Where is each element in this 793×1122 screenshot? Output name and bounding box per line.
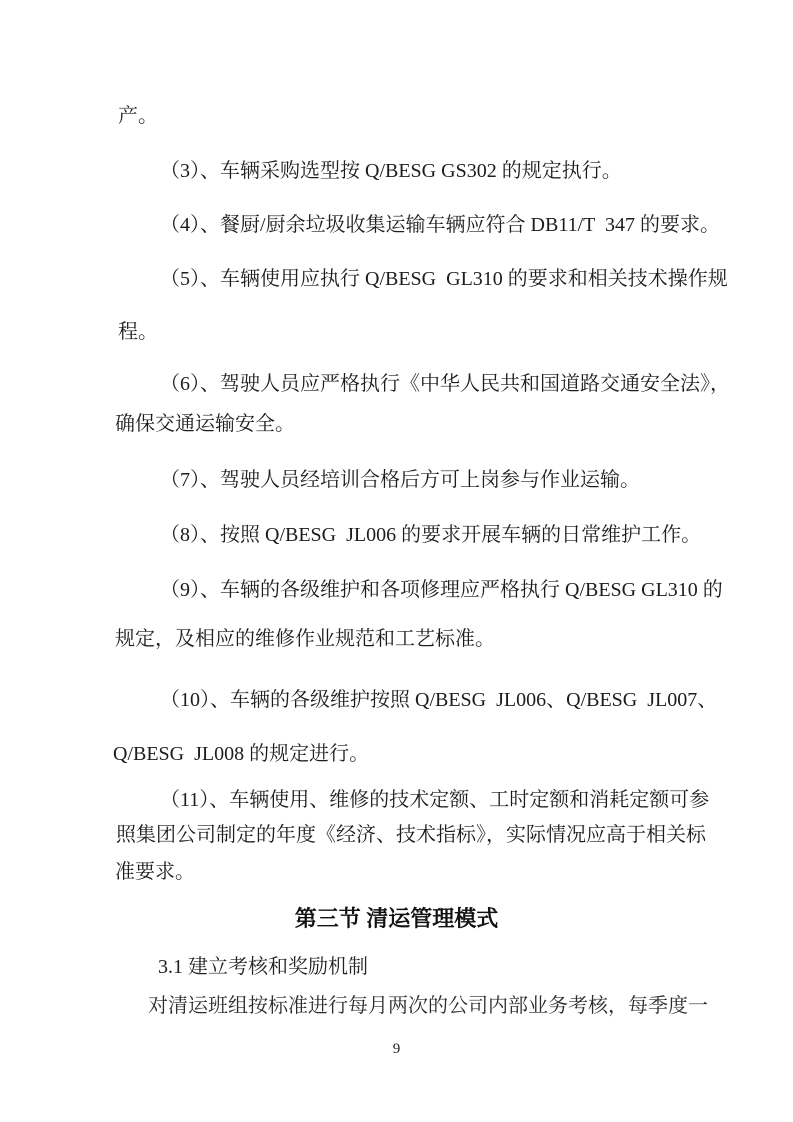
paragraph-line: Q/BESG JL008 的规定进行。 <box>113 742 369 766</box>
document-page: 产。 （3）、车辆采购选型按 Q/BESG GS302 的规定执行。 （4）、餐… <box>0 0 793 1122</box>
paragraph-line: 准要求。 <box>115 860 195 884</box>
paragraph-line: 确保交通运输安全。 <box>115 412 295 436</box>
paragraph-line: 程。 <box>118 320 158 344</box>
subsection-heading: 3.1 建立考核和奖励机制 <box>158 955 368 979</box>
paragraph-line: （6）、驾驶人员应严格执行《中华人民共和国道路交通安全法》， <box>160 372 730 396</box>
paragraph-line: （9）、车辆的各级维护和各项修理应严格执行 Q/BESG GL310 的 <box>160 578 723 602</box>
paragraph-line: （7）、驾驶人员经培训合格后方可上岗参与作业运输。 <box>160 468 640 492</box>
paragraph-line: （11）、车辆使用、维修的技术定额、工时定额和消耗定额可参 <box>160 788 709 812</box>
paragraph-line: （10）、车辆的各级维护按照 Q/BESG JL006、Q/BESG JL007… <box>160 688 717 712</box>
paragraph-line: （4）、餐厨/厨余垃圾收集运输车辆应符合 DB11/T 347 的要求。 <box>160 213 720 237</box>
paragraph-line: 规定，及相应的维修作业规范和工艺标准。 <box>115 627 495 651</box>
paragraph-line: 对清运班组按标准进行每月两次的公司内部业务考核，每季度一 <box>148 994 708 1018</box>
section-heading: 第三节 清运管理模式 <box>0 906 793 932</box>
paragraph-line: （8）、按照 Q/BESG JL006 的要求开展车辆的日常维护工作。 <box>160 523 701 547</box>
paragraph-line: （5）、车辆使用应执行 Q/BESG GL310 的要求和相关技术操作规 <box>160 267 728 291</box>
paragraph-line: 照集团公司制定的年度《经济、技术指标》，实际情况应高于相关标 <box>116 823 706 847</box>
page-number: 9 <box>0 1040 793 1058</box>
paragraph-line: （3）、车辆采购选型按 Q/BESG GS302 的规定执行。 <box>160 159 622 183</box>
paragraph-line: 产。 <box>118 104 158 128</box>
